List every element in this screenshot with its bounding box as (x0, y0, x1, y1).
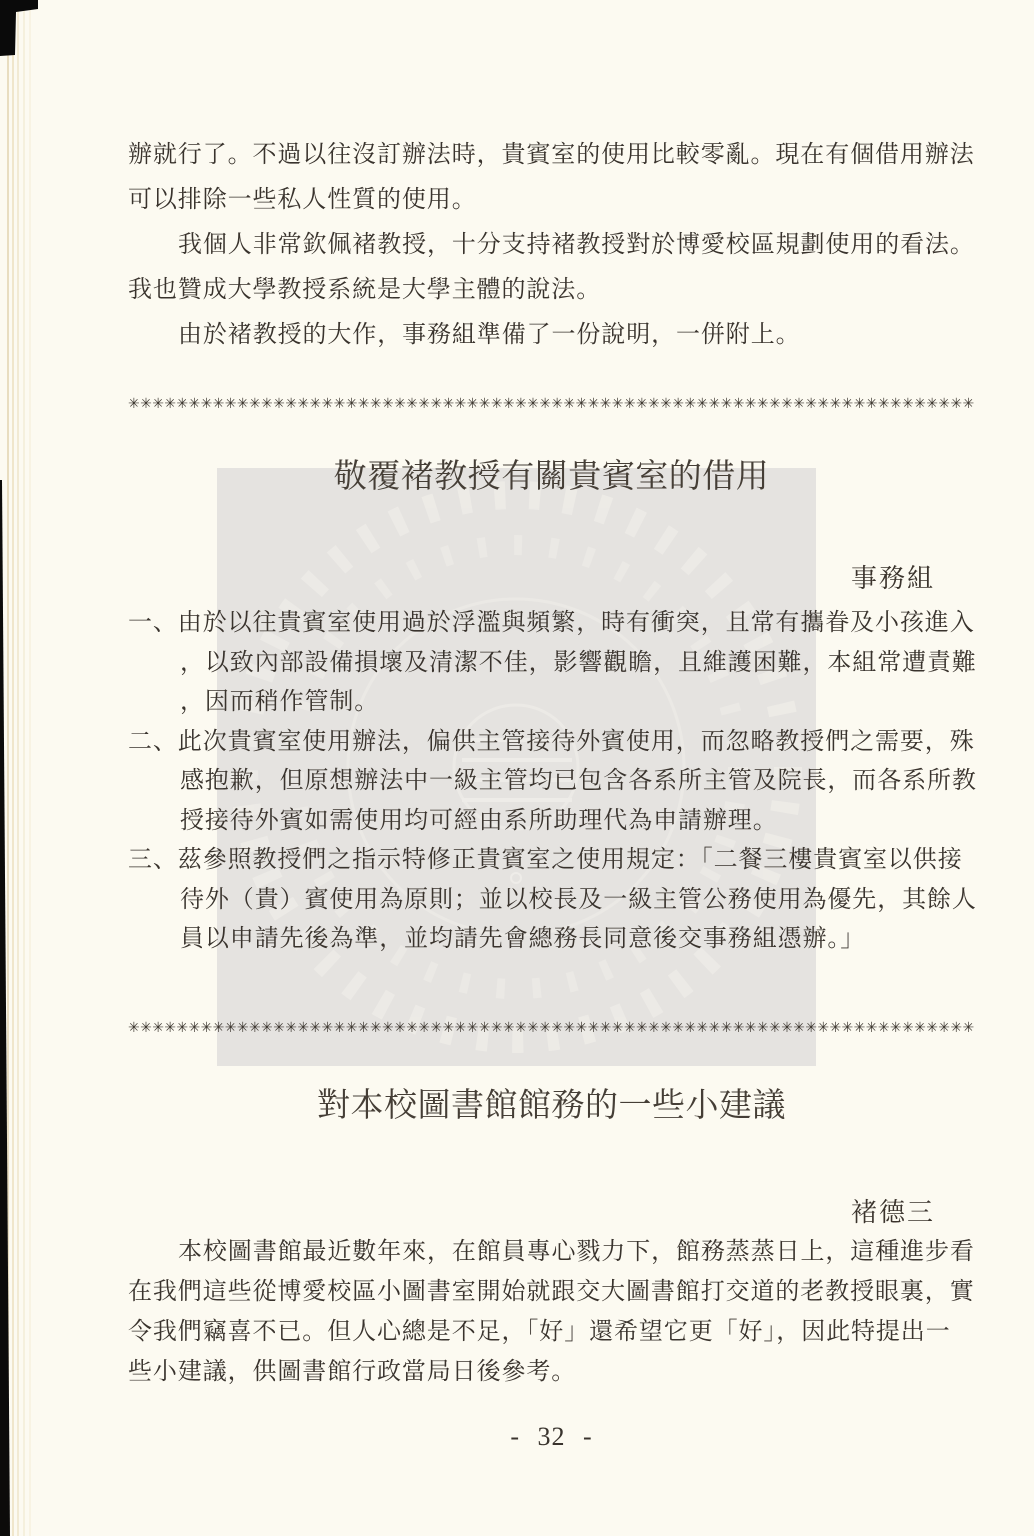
asterisk-glyph: ✳ (370, 1016, 382, 1040)
asterisk-glyph: ✳ (201, 1016, 213, 1040)
asterisk-glyph: ✳ (479, 1016, 491, 1040)
asterisk-glyph: ✳ (805, 1016, 817, 1040)
asterisk-glyph: ✳ (322, 392, 334, 416)
asterisk-glyph: ✳ (261, 1016, 273, 1040)
asterisk-glyph: ✳ (914, 1016, 926, 1040)
asterisk-glyph: ✳ (733, 1016, 745, 1040)
text-line: 二、此次貴賓室使用辦法，偏供主管接待外賓使用，而忽略教授們之需要，殊 (128, 723, 975, 763)
asterisk-glyph: ✳ (829, 1016, 841, 1040)
text-line: 在我們這些從博愛校區小圖書室開始就跟交大圖書館打交道的老教授眼裏，實 (128, 1272, 975, 1312)
asterisk-glyph: ✳ (793, 392, 805, 416)
asterisk-glyph: ✳ (938, 392, 950, 416)
asterisk-glyph: ✳ (152, 392, 164, 416)
asterisk-glyph: ✳ (612, 392, 624, 416)
asterisk-glyph: ✳ (684, 1016, 696, 1040)
asterisk-glyph: ✳ (176, 392, 188, 416)
asterisk-glyph: ✳ (962, 1016, 974, 1040)
asterisk-glyph: ✳ (261, 392, 273, 416)
text-line: 一、由於以往貴賓室使用過於浮濫與頻繁，時有衝突，且常有攜眷及小孩進入 (128, 604, 975, 644)
asterisk-glyph: ✳ (491, 1016, 503, 1040)
asterisk-glyph: ✳ (309, 1016, 321, 1040)
asterisk-glyph: ✳ (829, 392, 841, 416)
asterisk-glyph: ✳ (757, 1016, 769, 1040)
asterisk-glyph: ✳ (624, 1016, 636, 1040)
asterisk-glyph: ✳ (672, 1016, 684, 1040)
asterisk-glyph: ✳ (902, 1016, 914, 1040)
asterisk-glyph: ✳ (805, 392, 817, 416)
asterisk-glyph: ✳ (551, 392, 563, 416)
asterisk-glyph: ✳ (527, 392, 539, 416)
asterisk-glyph: ✳ (914, 392, 926, 416)
asterisk-glyph: ✳ (164, 392, 176, 416)
reply-note-title: 敬覆褚教授有關貴賓室的借用 (128, 457, 975, 497)
asterisk-glyph: ✳ (382, 392, 394, 416)
asterisk-glyph: ✳ (962, 392, 974, 416)
asterisk-glyph: ✳ (418, 392, 430, 416)
asterisk-glyph: ✳ (358, 1016, 370, 1040)
asterisk-glyph: ✳ (781, 1016, 793, 1040)
asterisk-glyph: ✳ (418, 1016, 430, 1040)
asterisk-glyph: ✳ (902, 392, 914, 416)
asterisk-glyph: ✳ (817, 1016, 829, 1040)
asterisk-glyph: ✳ (285, 392, 297, 416)
asterisk-glyph: ✳ (201, 392, 213, 416)
letter-closing-paragraphs: 辦就行了。不過以往沒訂辦法時，貴賓室的使用比較零亂。現在有個借用辦法可以排除一些… (128, 133, 975, 358)
asterisk-glyph: ✳ (430, 1016, 442, 1040)
asterisk-glyph: ✳ (188, 392, 200, 416)
asterisk-glyph: ✳ (297, 1016, 309, 1040)
asterisk-glyph: ✳ (636, 1016, 648, 1040)
asterisk-glyph: ✳ (370, 392, 382, 416)
asterisk-glyph: ✳ (213, 392, 225, 416)
text-line: ，以致內部設備損壞及清潔不佳，影響觀瞻，且維護困難，本組常遭責難 (128, 644, 975, 684)
asterisk-glyph: ✳ (225, 392, 237, 416)
asterisk-glyph: ✳ (950, 392, 962, 416)
asterisk-glyph: ✳ (455, 392, 467, 416)
asterisk-glyph: ✳ (442, 1016, 454, 1040)
text-line: ，因而稍作管制。 (128, 683, 975, 723)
asterisk-glyph: ✳ (648, 1016, 660, 1040)
asterisk-glyph: ✳ (612, 1016, 624, 1040)
asterisk-glyph: ✳ (600, 392, 612, 416)
page-edge-line (12, 0, 14, 1536)
asterisk-glyph: ✳ (394, 392, 406, 416)
text-line: 我也贊成大學教授系統是大學主體的說法。 (128, 268, 975, 313)
text-line: 感抱歉，但原想辦法中一級主管均已包含各系所主管及院長，而各系所教 (128, 762, 975, 802)
asterisk-glyph: ✳ (346, 1016, 358, 1040)
asterisk-glyph: ✳ (854, 1016, 866, 1040)
scanned-book-page: 辦就行了。不過以往沒訂辦法時，貴賓室的使用比較零亂。現在有個借用辦法可以排除一些… (0, 0, 1034, 1536)
asterisk-glyph: ✳ (503, 1016, 515, 1040)
asterisk-glyph: ✳ (442, 392, 454, 416)
asterisk-glyph: ✳ (479, 392, 491, 416)
text-line: 待外（貴）賓使用為原則；並以校長及一級主管公務使用為優先，其餘人 (128, 881, 975, 921)
asterisk-glyph: ✳ (866, 1016, 878, 1040)
asterisk-glyph: ✳ (757, 392, 769, 416)
asterisk-glyph: ✳ (709, 392, 721, 416)
page-edge-line (29, 0, 31, 1536)
asterisk-glyph: ✳ (467, 392, 479, 416)
asterisk-glyph: ✳ (346, 392, 358, 416)
library-article-paragraph: 本校圖書館最近數年來，在館員專心戮力下，館務蒸蒸日上，這種進步看在我們這些從博愛… (128, 1232, 975, 1392)
asterisk-glyph: ✳ (866, 392, 878, 416)
asterisk-glyph: ✳ (636, 392, 648, 416)
asterisk-glyph: ✳ (878, 1016, 890, 1040)
asterisk-glyph: ✳ (890, 392, 902, 416)
asterisk-glyph: ✳ (273, 1016, 285, 1040)
asterisk-glyph: ✳ (563, 1016, 575, 1040)
asterisk-glyph: ✳ (600, 1016, 612, 1040)
asterisk-glyph: ✳ (334, 1016, 346, 1040)
asterisk-glyph: ✳ (660, 1016, 672, 1040)
asterisk-glyph: ✳ (745, 392, 757, 416)
asterisk-glyph: ✳ (588, 1016, 600, 1040)
asterisk-glyph: ✳ (624, 392, 636, 416)
asterisk-glyph: ✳ (225, 1016, 237, 1040)
asterisk-glyph: ✳ (648, 392, 660, 416)
asterisk-glyph: ✳ (455, 1016, 467, 1040)
asterisk-glyph: ✳ (140, 1016, 152, 1040)
asterisk-glyph: ✳ (406, 1016, 418, 1040)
asterisk-glyph: ✳ (249, 1016, 261, 1040)
asterisk-glyph: ✳ (551, 1016, 563, 1040)
asterisk-glyph: ✳ (733, 392, 745, 416)
asterisk-glyph: ✳ (660, 392, 672, 416)
asterisk-glyph: ✳ (213, 1016, 225, 1040)
asterisk-glyph: ✳ (406, 392, 418, 416)
asterisk-glyph: ✳ (515, 1016, 527, 1040)
asterisk-glyph: ✳ (854, 392, 866, 416)
asterisk-glyph: ✳ (684, 392, 696, 416)
asterisk-glyph: ✳ (878, 392, 890, 416)
asterisk-glyph: ✳ (769, 392, 781, 416)
asterisk-separator: ✳✳✳✳✳✳✳✳✳✳✳✳✳✳✳✳✳✳✳✳✳✳✳✳✳✳✳✳✳✳✳✳✳✳✳✳✳✳✳✳… (128, 1016, 975, 1040)
asterisk-glyph: ✳ (467, 1016, 479, 1040)
reply-note-numbered-list: 一、由於以往貴賓室使用過於浮濫與頻繁，時有衝突，且常有攜眷及小孩進入，以致內部設… (128, 604, 975, 960)
asterisk-glyph: ✳ (696, 392, 708, 416)
asterisk-glyph: ✳ (249, 392, 261, 416)
asterisk-glyph: ✳ (721, 392, 733, 416)
asterisk-glyph: ✳ (176, 1016, 188, 1040)
asterisk-glyph: ✳ (164, 1016, 176, 1040)
asterisk-glyph: ✳ (188, 1016, 200, 1040)
text-line: 令我們竊喜不已。但人心總是不足，「好」還希望它更「好」，因此特提出一 (128, 1312, 975, 1352)
library-article-byline: 褚德三 (128, 1198, 975, 1228)
scan-corner-shadow (0, 0, 40, 56)
asterisk-glyph: ✳ (237, 1016, 249, 1040)
asterisk-glyph: ✳ (817, 392, 829, 416)
asterisk-glyph: ✳ (588, 392, 600, 416)
asterisk-glyph: ✳ (273, 392, 285, 416)
library-article-title: 對本校圖書館館務的一些小建議 (128, 1086, 975, 1126)
text-line: 些小建議，供圖書館行政當局日後參考。 (128, 1352, 975, 1392)
text-line: 員以申請先後為準，並均請先會總務長同意後交事務組憑辦。」 (128, 920, 975, 960)
page-edge-line (23, 0, 25, 1536)
asterisk-glyph: ✳ (297, 392, 309, 416)
asterisk-glyph: ✳ (781, 392, 793, 416)
asterisk-glyph: ✳ (721, 1016, 733, 1040)
asterisk-glyph: ✳ (709, 1016, 721, 1040)
text-line: 三、茲參照教授們之指示特修正貴賓室之使用規定：「二餐三樓貴賓室以供接 (128, 841, 975, 881)
text-line: 本校圖書館最近數年來，在館員專心戮力下，館務蒸蒸日上，這種進步看 (128, 1232, 975, 1272)
asterisk-glyph: ✳ (938, 1016, 950, 1040)
asterisk-glyph: ✳ (539, 1016, 551, 1040)
asterisk-glyph: ✳ (128, 1016, 140, 1040)
asterisk-glyph: ✳ (527, 1016, 539, 1040)
asterisk-glyph: ✳ (382, 1016, 394, 1040)
asterisk-glyph: ✳ (322, 1016, 334, 1040)
asterisk-glyph: ✳ (128, 392, 140, 416)
page-number: - 32 - (128, 1422, 975, 1452)
asterisk-glyph: ✳ (842, 1016, 854, 1040)
asterisk-glyph: ✳ (237, 392, 249, 416)
asterisk-separator: ✳✳✳✳✳✳✳✳✳✳✳✳✳✳✳✳✳✳✳✳✳✳✳✳✳✳✳✳✳✳✳✳✳✳✳✳✳✳✳✳… (128, 392, 975, 416)
asterisk-glyph: ✳ (358, 392, 370, 416)
asterisk-glyph: ✳ (515, 392, 527, 416)
text-line: 可以排除一些私人性質的使用。 (128, 178, 975, 223)
asterisk-glyph: ✳ (394, 1016, 406, 1040)
asterisk-glyph: ✳ (890, 1016, 902, 1040)
asterisk-glyph: ✳ (539, 392, 551, 416)
asterisk-glyph: ✳ (672, 392, 684, 416)
asterisk-glyph: ✳ (575, 392, 587, 416)
asterisk-glyph: ✳ (563, 392, 575, 416)
asterisk-glyph: ✳ (491, 392, 503, 416)
asterisk-glyph: ✳ (140, 392, 152, 416)
text-line: 我個人非常欽佩褚教授，十分支持褚教授對於博愛校區規劃使用的看法。 (128, 223, 975, 268)
asterisk-glyph: ✳ (152, 1016, 164, 1040)
asterisk-glyph: ✳ (575, 1016, 587, 1040)
asterisk-glyph: ✳ (285, 1016, 297, 1040)
asterisk-glyph: ✳ (309, 392, 321, 416)
asterisk-glyph: ✳ (769, 1016, 781, 1040)
page-edge-line (17, 0, 19, 1536)
text-line: 授接待外賓如需使用均可經由系所助理代為申請辦理。 (128, 802, 975, 842)
reply-note-byline: 事務組 (128, 564, 975, 594)
asterisk-glyph: ✳ (926, 392, 938, 416)
asterisk-glyph: ✳ (745, 1016, 757, 1040)
asterisk-glyph: ✳ (430, 392, 442, 416)
text-line: 辦就行了。不過以往沒訂辦法時，貴賓室的使用比較零亂。現在有個借用辦法 (128, 133, 975, 178)
asterisk-glyph: ✳ (696, 1016, 708, 1040)
asterisk-glyph: ✳ (926, 1016, 938, 1040)
text-line: 由於褚教授的大作，事務組準備了一份說明，一併附上。 (128, 313, 975, 358)
asterisk-glyph: ✳ (950, 1016, 962, 1040)
asterisk-glyph: ✳ (793, 1016, 805, 1040)
asterisk-glyph: ✳ (842, 392, 854, 416)
asterisk-glyph: ✳ (334, 392, 346, 416)
asterisk-glyph: ✳ (503, 392, 515, 416)
